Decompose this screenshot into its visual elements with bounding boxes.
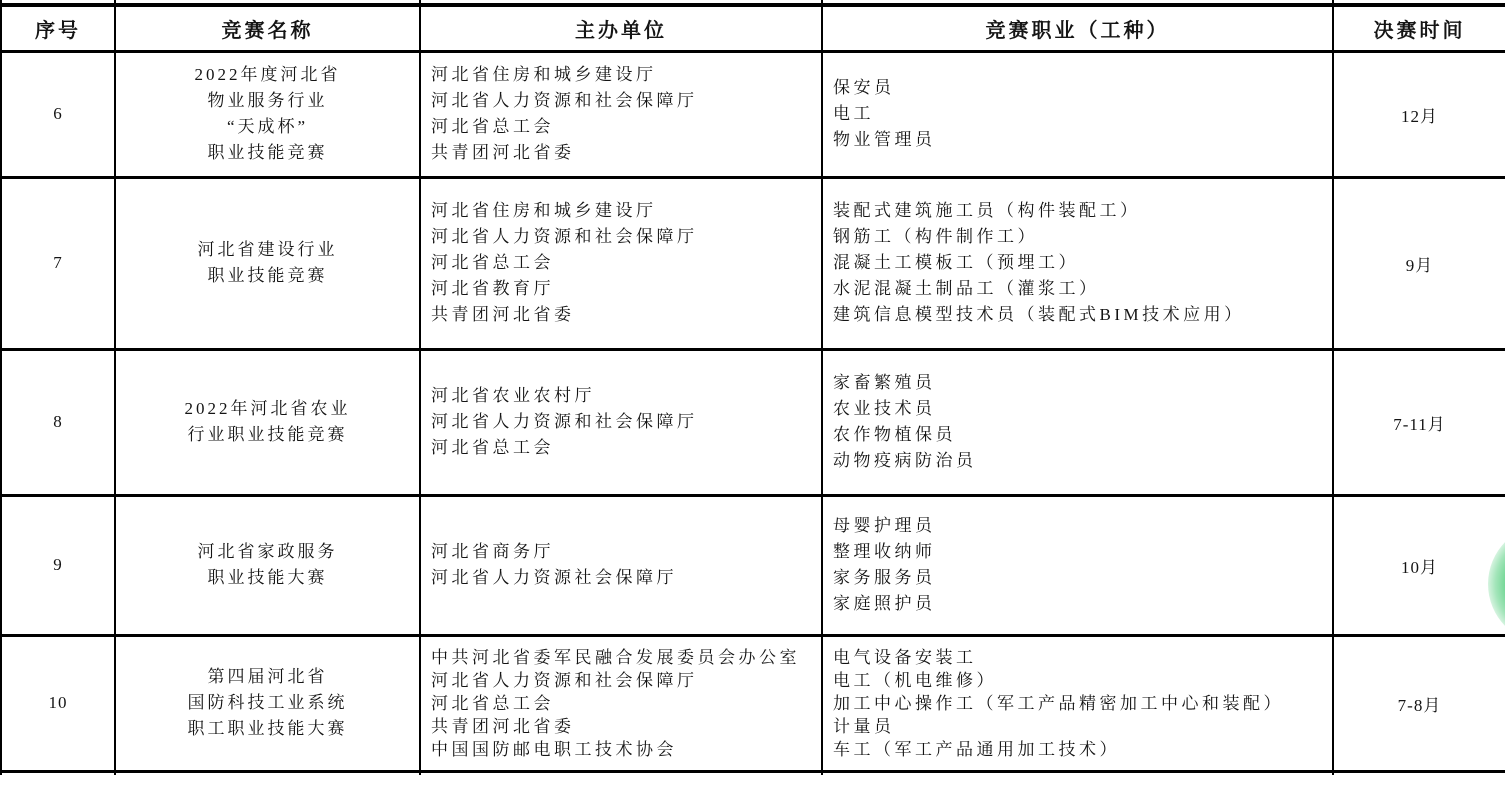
row-serial-number: 8: [1, 349, 115, 495]
cutoff-cell: [1333, 771, 1505, 775]
organizers: 中共河北省委军民融合发展委员会办公室 河北省人力资源和社会保障厅 河北省总工会 …: [420, 635, 822, 771]
header-cell-serial-number: 序号: [1, 5, 115, 51]
competition-name: 2022年度河北省 物业服务行业 “天成杯” 职业技能竞赛: [115, 51, 420, 177]
final-time: 7-11月: [1333, 349, 1505, 495]
occupations: 装配式建筑施工员（构件装配工） 钢筋工（构件制作工） 混凝土工模板工（预埋工） …: [822, 177, 1333, 349]
cutoff-cell: [822, 771, 1333, 775]
cutoff-cell: [420, 771, 822, 775]
competition-name: 2022年河北省农业 行业职业技能竞赛: [115, 349, 420, 495]
final-time: 7-8月: [1333, 635, 1505, 771]
row-serial-number: 10: [1, 635, 115, 771]
final-time: 10月: [1333, 495, 1505, 635]
competition-name: 第四届河北省 国防科技工业系统 职工职业技能大赛: [115, 635, 420, 771]
organizers: 河北省农业农村厅 河北省人力资源和社会保障厅 河北省总工会: [420, 349, 822, 495]
organizers: 河北省商务厅 河北省人力资源社会保障厅: [420, 495, 822, 635]
table-row: 62022年度河北省 物业服务行业 “天成杯” 职业技能竞赛河北省住房和城乡建设…: [1, 51, 1505, 177]
header-cell-competition-name: 竞赛名称: [115, 5, 420, 51]
occupations: 母婴护理员 整理收纳师 家务服务员 家庭照护员: [822, 495, 1333, 635]
table-row: 9河北省家政服务 职业技能大赛河北省商务厅 河北省人力资源社会保障厅母婴护理员 …: [1, 495, 1505, 635]
header-cell-final-time: 决赛时间: [1333, 5, 1505, 51]
competition-name: 河北省家政服务 职业技能大赛: [115, 495, 420, 635]
competition-table: 序号 竞赛名称 主办单位 竞赛职业（工种） 决赛时间 62022年度河北省 物业…: [0, 0, 1505, 775]
organizers: 河北省住房和城乡建设厅 河北省人力资源和社会保障厅 河北省总工会 共青团河北省委: [420, 51, 822, 177]
table-row: 10第四届河北省 国防科技工业系统 职工职业技能大赛中共河北省委军民融合发展委员…: [1, 635, 1505, 771]
cutoff-cell: [115, 771, 420, 775]
row-serial-number: 6: [1, 51, 115, 177]
organizers: 河北省住房和城乡建设厅 河北省人力资源和社会保障厅 河北省总工会 河北省教育厅 …: [420, 177, 822, 349]
next-row-cutoff: [1, 771, 1505, 775]
table-header-row: 序号 竞赛名称 主办单位 竞赛职业（工种） 决赛时间: [1, 5, 1505, 51]
header-cell-occupation: 竞赛职业（工种）: [822, 5, 1333, 51]
row-serial-number: 9: [1, 495, 115, 635]
scanned-table-page: 序号 竞赛名称 主办单位 竞赛职业（工种） 决赛时间 62022年度河北省 物业…: [0, 0, 1505, 806]
table-row: 82022年河北省农业 行业职业技能竞赛河北省农业农村厅 河北省人力资源和社会保…: [1, 349, 1505, 495]
competition-name: 河北省建设行业 职业技能竞赛: [115, 177, 420, 349]
row-serial-number: 7: [1, 177, 115, 349]
final-time: 9月: [1333, 177, 1505, 349]
occupations: 家畜繁殖员 农业技术员 农作物植保员 动物疫病防治员: [822, 349, 1333, 495]
header-cell-organizer: 主办单位: [420, 5, 822, 51]
final-time: 12月: [1333, 51, 1505, 177]
occupations: 保安员 电工 物业管理员: [822, 51, 1333, 177]
table-row: 7河北省建设行业 职业技能竞赛河北省住房和城乡建设厅 河北省人力资源和社会保障厅…: [1, 177, 1505, 349]
occupations: 电气设备安装工 电工（机电维修） 加工中心操作工（军工产品精密加工中心和装配） …: [822, 635, 1333, 771]
cutoff-cell: [1, 771, 115, 775]
